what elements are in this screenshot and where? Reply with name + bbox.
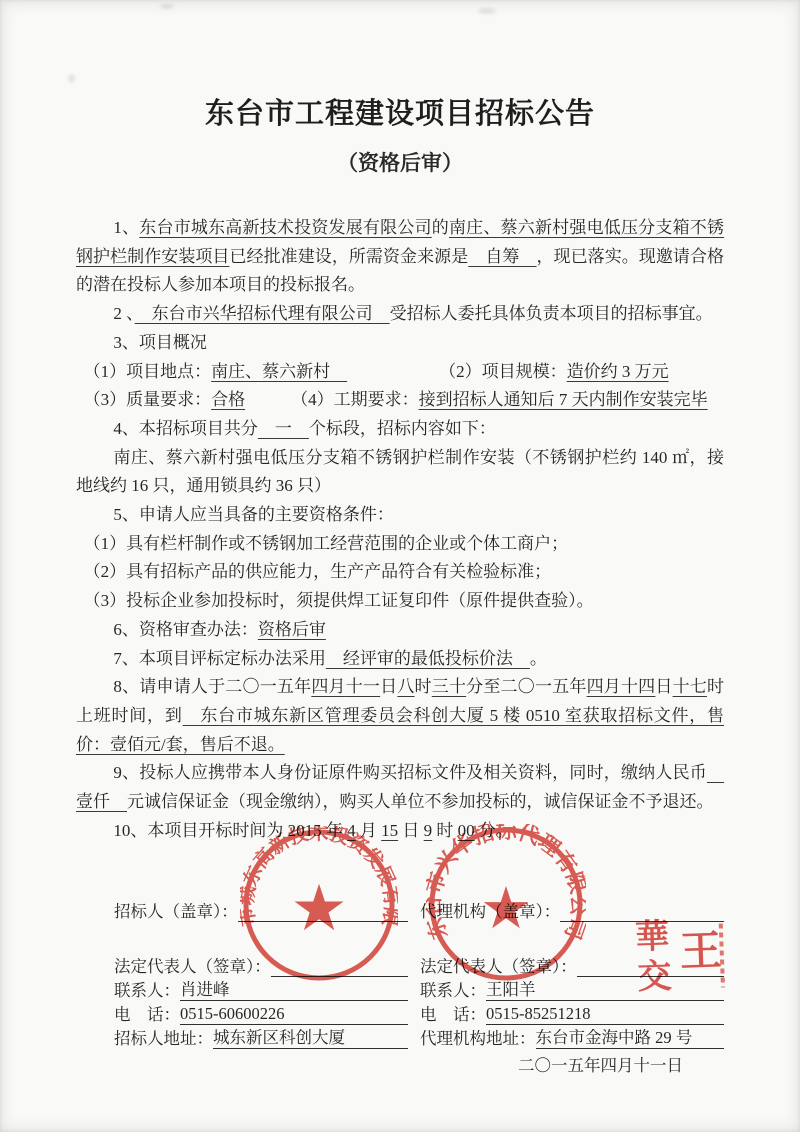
bidder-phone-number: 0515-60600226 (180, 1003, 408, 1025)
clause-4: 4、本招标项目共分 一 个标段，招标内容如下： (76, 415, 724, 444)
agency-round-seal: 东台市兴华招标代理有限公司 ★ (426, 824, 586, 984)
text-run: （3）投标企业参加投标时，须提供焊工证复印件（原件提供查验）。 (84, 591, 594, 610)
clause-5-item-1: （1）具有栏杆制作或不锈钢加工经营范围的企业或个体工商户； (76, 530, 724, 559)
project-location: 南庄、蔡六新村 (211, 362, 347, 381)
document-subtitle: （资格后审） (0, 148, 800, 178)
project-scale: 造价约 3 万元 (567, 362, 669, 381)
text-run: 9、投标人应携带本人身份证原件购买招标文件及相关资料，同时，缴纳人民币 (113, 763, 707, 782)
field-label: 联系人： (114, 977, 180, 1001)
clause-9: 9、投标人应携带本人身份证原件购买招标文件及相关资料，同时，缴纳人民币 壹仟 元… (76, 759, 724, 816)
quality-requirement: 合格 (211, 390, 245, 409)
funding-source: 自筹 (468, 247, 536, 266)
bidder-address-row: 招标人地址：城东新区科创大厦 (114, 1026, 408, 1049)
bidder-round-seal: 东台市城东高新技术投资发展有限公司 ★ (240, 826, 398, 984)
agency-phone-number: 0515-85251218 (486, 1003, 724, 1025)
text-run: 3、项目概况 (113, 333, 207, 352)
text-run: 4、本招标项目共分 (113, 419, 258, 438)
bidder-phone-row: 电 话：0515-60600226 (114, 1002, 408, 1025)
text-run: （3）质量要求： (84, 390, 212, 409)
text-run: （2）具有招标产品的供应能力，生产产品符合有关检验标准； (84, 562, 552, 581)
star-icon: ★ (290, 873, 347, 944)
clause-4-detail: 南庄、蔡六新村强电低压分支箱不锈钢护栏制作安装（不锈钢护栏约 140 ㎡，接地线… (76, 444, 724, 501)
qualification-method: 资格后审 (258, 620, 326, 639)
clause-7: 7、本项目评标定标办法采用 经评审的最低投标价法 。 (76, 645, 724, 674)
clause-1: 1、东台市城东高新技术投资发展有限公司的南庄、蔡六新村强电低压分支箱不锈钢护栏制… (76, 214, 724, 300)
end-day: 十四 (621, 677, 655, 696)
clause-8: 8、请申请人于二〇一五年四月十一日八时三十分至二〇一五年四月十四日十七时上班时间… (76, 673, 724, 759)
text-run: 时 (415, 677, 432, 696)
text-run: 6、资格审查办法： (113, 620, 258, 639)
seal-character: 王 (679, 930, 722, 973)
clause-3-row-1: （1）项目地点：南庄、蔡六新村 （2）项目规模：造价约 3 万元 (76, 358, 724, 387)
text-run: 元诚信保证金（现金缴纳），购买人单位不参加投标的，诚信保证金不予退还。 (127, 792, 714, 811)
field-label: 招标人地址： (114, 1025, 213, 1049)
clause-5-item-2: （2）具有招标产品的供应能力，生产产品符合有关检验标准； (76, 558, 724, 587)
clause-3-row-2: （3）质量要求：合格（4）工期要求：接到招标人通知后 7 天内制作安装完毕 (76, 386, 724, 415)
scanned-document-page: 东台市工程建设项目招标公告 （资格后审） 1、东台市城东高新技术投资发展有限公司… (0, 0, 800, 1132)
text-run: 日 (655, 677, 672, 696)
text-run: 。 (530, 649, 547, 668)
document-body: 1、东台市城东高新技术投资发展有限公司的南庄、蔡六新村强电低压分支箱不锈钢护栏制… (0, 214, 800, 845)
evaluation-method: 经评审的最低投标价法 (326, 649, 530, 668)
text-run: 已经批准建设，所需资金来源是 (230, 247, 469, 266)
clause-number: 1、 (113, 218, 139, 237)
end-hour: 十七 (673, 677, 707, 696)
start-minute: 三十 (432, 677, 466, 696)
clause-number: 2 、 (113, 304, 134, 323)
star-icon: ★ (480, 876, 532, 941)
section-count: 一 (258, 419, 309, 438)
schedule-requirement: 接到招标人通知后 7 天内制作安装完毕 (419, 390, 708, 409)
clause-5-item-3: （3）投标企业参加投标时，须提供焊工证复印件（原件提供查验）。 (76, 587, 724, 616)
personal-name-seal: 華 交 王 (633, 917, 726, 1002)
text-run: 7、本项目评标定标办法采用 (113, 649, 326, 668)
seal-character: 華 (635, 919, 670, 954)
clause-3-heading: 3、项目概况 (76, 329, 724, 358)
field-label: 电 话： (114, 1001, 180, 1025)
text-run: 日 (398, 821, 424, 840)
start-hour: 八 (397, 677, 414, 696)
agency-address: 东台市金海中路 29 号 (536, 1027, 725, 1049)
text-run: （1）项目地点： (84, 362, 212, 381)
clause-6: 6、资格审查办法：资格后审 (76, 616, 724, 645)
text-run: 分至二〇一五年 (466, 677, 586, 696)
announcement-date: 二〇一五年四月十一日 (420, 1052, 724, 1076)
document-title: 东台市工程建设项目招标公告 (0, 94, 800, 134)
field-label: 代理机构地址： (420, 1025, 536, 1049)
start-month: 四月 (311, 677, 345, 696)
text-run: 8、请申请人于二〇一五年 (113, 677, 311, 696)
text-run: 的 (432, 218, 449, 237)
end-month: 四月 (587, 677, 621, 696)
text-run: （4）工期要求： (291, 390, 419, 409)
text-run: 5、申请人应当具备的主要资格条件： (113, 505, 394, 524)
scan-smudge (68, 74, 75, 83)
bidder-company-name: 东台市城东高新技术投资发展有限公司 (139, 218, 431, 237)
field-label: 电 话： (420, 1001, 486, 1025)
scan-smudge (160, 4, 174, 9)
scan-smudge (478, 8, 496, 14)
text-run: 受招标人委托具体负责本项目的招标事宜。 (390, 304, 713, 323)
seal-character: 交 (637, 959, 672, 994)
clause-2: 2 、 东台市兴华招标代理有限公司 受招标人委托具体负责本项目的招标事宜。 (76, 300, 724, 329)
clause-5-heading: 5、申请人应当具备的主要资格条件： (76, 501, 724, 530)
agency-company-name: 东台市兴华招标代理有限公司 (135, 304, 390, 323)
text-run: （2）项目规模： (439, 362, 567, 381)
start-day: 十一 (346, 677, 380, 696)
field-label: 招标人（盖章）： (114, 898, 238, 922)
bid-content-description: 南庄、蔡六新村强电低压分支箱不锈钢护栏制作安装（不锈钢护栏约 140 ㎡，接地线… (76, 448, 724, 496)
agency-phone-row: 电 话：0515-85251218 (420, 1002, 724, 1025)
text-run: 日 (380, 677, 397, 696)
agency-address-row: 代理机构地址：东台市金海中路 29 号 (420, 1026, 724, 1049)
clause-10: 10、本项目开标时间为 2015 年 4 月 15 日 9 时 00 分。 (76, 817, 724, 846)
text-run: 个标段，招标内容如下： (309, 419, 496, 438)
text-run: （1）具有栏杆制作或不锈钢加工经营范围的企业或个体工商户； (84, 534, 569, 553)
bidder-address: 城东新区科创大厦 (213, 1027, 408, 1049)
